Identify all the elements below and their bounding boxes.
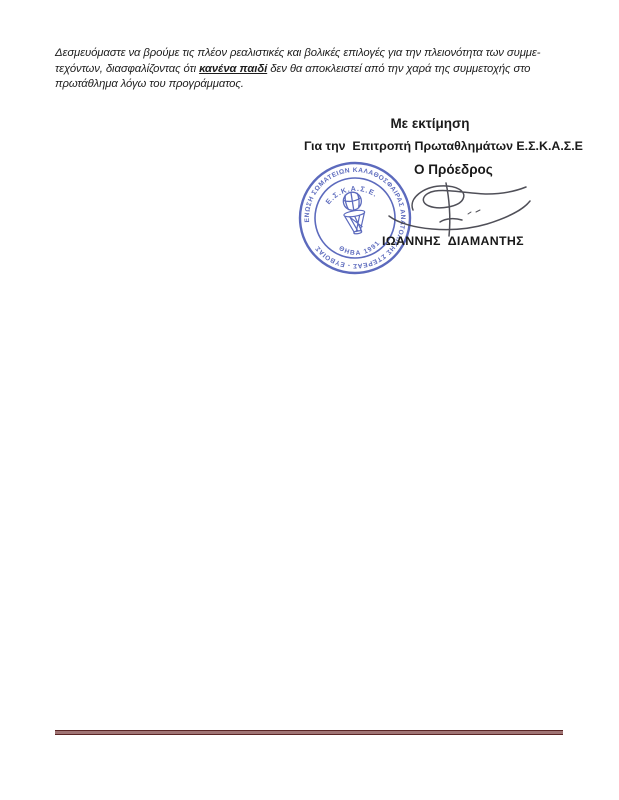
paragraph-line-2-before: τεχόντων, διασφαλίζοντας ότι [55,63,199,75]
paragraph-line-2: τεχόντων, διασφαλίζοντας ότι κανένα παιδ… [55,62,540,78]
paragraph-line-3: πρωτάθλημα λόγω του προγράμματος. [55,77,540,93]
committee-line: Για την Επιτροπή Πρωταθλημάτων Ε.Σ.Κ.Α.Σ… [304,139,583,153]
paragraph-line-2-after: δεν θα αποκλειστεί από την χαρά της συμμ… [267,63,530,75]
paragraph-line-1: Δεσμευόμαστε να βρούμε τις πλέον ρεαλιστ… [55,46,540,62]
paragraph-emphasis: κανένα παιδί [199,63,267,75]
basketball-hoop-icon [343,209,367,235]
closing-salutation: Με εκτίμηση [300,116,560,131]
footer-divider-rule [55,730,563,735]
document-page: Δεσμευόμαστε να βρούμε τις πλέον ρεαλιστ… [0,0,619,800]
body-paragraph: Δεσμευόμαστε να βρούμε τις πλέον ρεαλιστ… [55,46,540,93]
signer-name: ΙΩΑΝΝΗΣ ΔΙΑΜΑΝΤΗΣ [382,234,524,248]
president-title: Ο Πρόεδρος [414,162,493,177]
